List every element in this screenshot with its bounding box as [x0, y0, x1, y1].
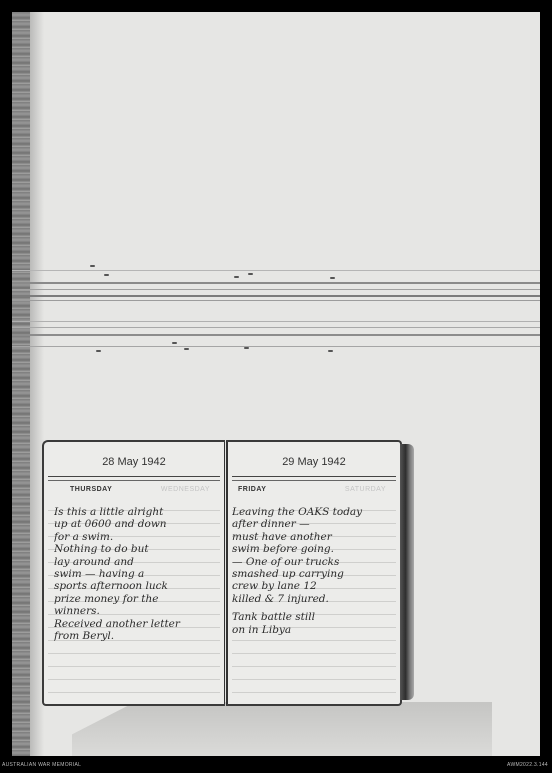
entry-line: up at 0600 and down: [54, 518, 220, 530]
entry-line: winners.: [54, 605, 220, 617]
entry-line: on in Libya: [232, 624, 396, 636]
entry-line: prize money for the: [54, 593, 220, 605]
header-rule: [232, 476, 396, 481]
speck: [330, 277, 335, 279]
copy-streak: [12, 327, 540, 328]
credit-text: AUSTRALIAN WAR MEMORIAL: [2, 762, 81, 768]
entry-line: from Beryl.: [54, 630, 220, 642]
diary-page-right: 29 May 1942 FRIDAY SATURDAY Leaving the …: [226, 440, 402, 706]
speck: [104, 274, 109, 276]
entry-line: smashed up carrying: [232, 568, 396, 580]
scanned-page: 28 May 1942 THURSDAY WEDNESDAY Is this a…: [12, 12, 540, 756]
speck: [172, 342, 177, 344]
entry-line: must have another: [232, 531, 396, 543]
bleedthrough-label: WEDNESDAY: [161, 486, 210, 493]
entry-line: lay around and: [54, 556, 220, 568]
handwritten-entry: Leaving the OAKS today after dinner — mu…: [232, 506, 396, 636]
copy-streak: [12, 346, 540, 347]
diary-shadow: [72, 702, 492, 756]
copy-streak: [12, 334, 540, 336]
speck: [184, 348, 189, 350]
entry-line: — One of our trucks: [232, 556, 396, 568]
copy-streak: [12, 289, 540, 290]
page-date: 28 May 1942: [44, 456, 224, 468]
page-left-edge-shadow: [12, 12, 30, 756]
entry-line: Leaving the OAKS today: [232, 506, 396, 518]
entry-line: Received another letter: [54, 618, 220, 630]
copy-streak: [12, 270, 540, 271]
entry-line: Tank battle still: [232, 611, 396, 623]
copy-streak: [12, 321, 540, 322]
speck: [328, 350, 333, 352]
page-date: 29 May 1942: [228, 456, 400, 468]
weekday-label: FRIDAY: [238, 486, 266, 493]
handwritten-entry: Is this a little alright up at 0600 and …: [54, 506, 220, 642]
entry-line: killed & 7 injured.: [232, 593, 396, 605]
speck: [234, 276, 239, 278]
entry-line: Is this a little alright: [54, 506, 220, 518]
bleedthrough-label: SATURDAY: [345, 486, 386, 493]
speck: [90, 265, 95, 267]
copy-streak: [12, 300, 540, 301]
speck: [96, 350, 101, 352]
entry-line: Nothing to do but: [54, 543, 220, 555]
speck: [244, 347, 249, 349]
entry-line: for a swim.: [54, 531, 220, 543]
speck: [248, 273, 253, 275]
copy-streak: [12, 282, 540, 284]
weekday-label: THURSDAY: [70, 486, 112, 493]
entry-line: swim before going.: [232, 543, 396, 555]
copy-streak: [12, 295, 540, 297]
header-rule: [48, 476, 220, 481]
entry-line: swim — having a: [54, 568, 220, 580]
diary-page-edges: [400, 444, 414, 700]
diary-page-left: 28 May 1942 THURSDAY WEDNESDAY Is this a…: [42, 440, 225, 706]
open-diary: 28 May 1942 THURSDAY WEDNESDAY Is this a…: [42, 440, 414, 706]
entry-line: crew by lane 12: [232, 580, 396, 592]
reference-number: AWM2022.3.144: [507, 762, 548, 768]
entry-line: sports afternoon luck: [54, 580, 220, 592]
entry-line: after dinner —: [232, 518, 396, 530]
